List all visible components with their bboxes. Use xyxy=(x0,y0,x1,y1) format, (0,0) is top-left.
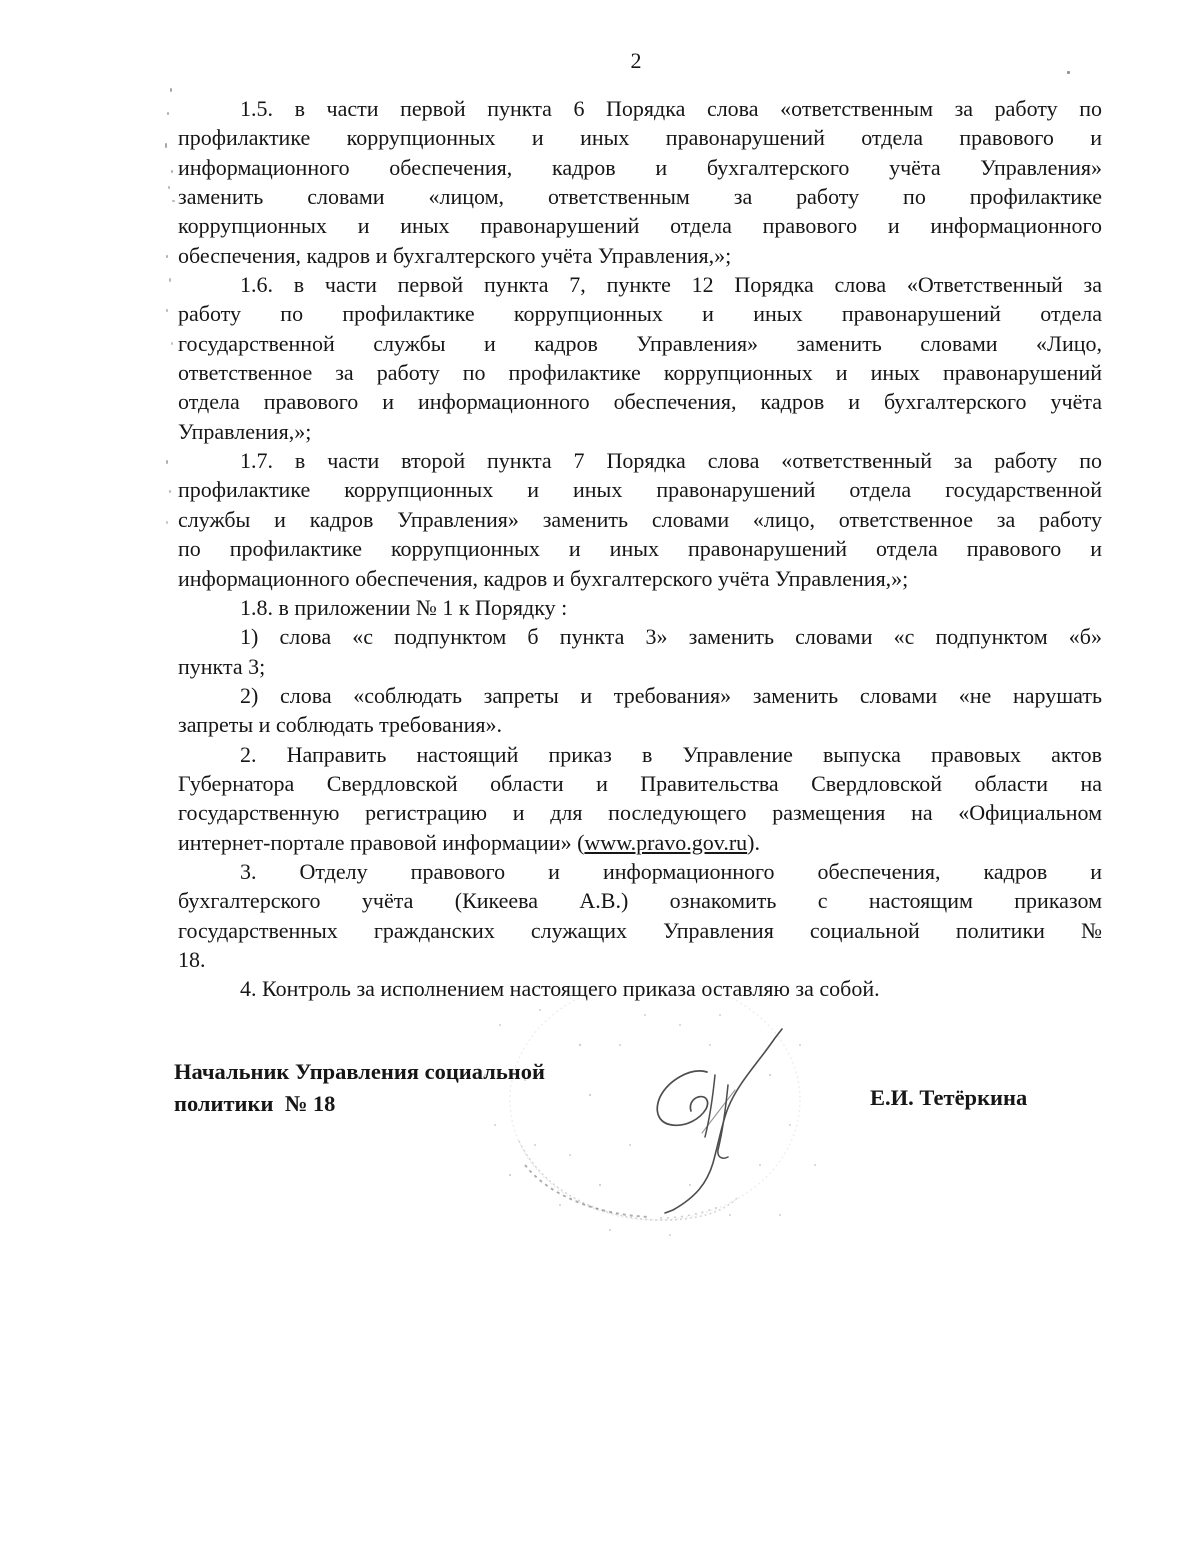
signature-position-line1: Начальник Управления социальной xyxy=(174,1056,694,1088)
text-line: 2) слова «соблюдать запреты и требования… xyxy=(178,681,1102,710)
paragraph: 2. Направить настоящий приказ в Управлен… xyxy=(178,740,1102,857)
text-line: 1.6. в части первой пункта 7, пункте 12 … xyxy=(178,270,1102,299)
paragraph: 1.6. в части первой пункта 7, пункте 12 … xyxy=(178,270,1102,446)
text-line: работу по профилактике коррупционных и и… xyxy=(178,299,1102,328)
text-line: 2. Направить настоящий приказ в Управлен… xyxy=(178,740,1102,769)
text-line: информационного обеспечения, кадров и бу… xyxy=(178,153,1102,182)
page-number: 2 xyxy=(336,48,936,74)
text-line: пункта 3; xyxy=(178,652,1102,681)
text-line: 1.8. в приложении № 1 к Порядку : xyxy=(178,593,1102,622)
document-body: 1.5. в части первой пункта 6 Порядка сло… xyxy=(178,94,1102,1004)
text-line: государственных гражданских служащих Упр… xyxy=(178,916,1102,945)
paragraph: 1.8. в приложении № 1 к Порядку : xyxy=(178,593,1102,622)
text-line: 3. Отделу правового и информационного об… xyxy=(178,857,1102,886)
text-line: отдела правового и информационного обесп… xyxy=(178,387,1102,416)
text-line: Управления,»; xyxy=(178,417,1102,446)
paragraph: 3. Отделу правового и информационного об… xyxy=(178,857,1102,974)
text-line: обеспечения, кадров и бухгалтерского учё… xyxy=(178,241,1102,270)
text-line: 1.7. в части второй пункта 7 Порядка сло… xyxy=(178,446,1102,475)
signature-position-title: Начальник Управления социальной политики… xyxy=(174,1056,694,1120)
url-text: www.pravo.gov.ru xyxy=(584,830,747,855)
stamp-and-signature xyxy=(470,985,850,1255)
paragraph: 1.5. в части первой пункта 6 Порядка сло… xyxy=(178,94,1102,270)
text-line: ответственное за работу по профилактике … xyxy=(178,358,1102,387)
paragraph: 2) слова «соблюдать запреты и требования… xyxy=(178,681,1102,740)
text-line: интернет-портале правовой информации» (w… xyxy=(178,828,1102,857)
text-line: заменить словами «лицом, ответственным з… xyxy=(178,182,1102,211)
text-run: ). xyxy=(747,830,760,855)
signer-name: Е.И. Тетёркина xyxy=(870,1085,1027,1111)
text-line: 18. xyxy=(178,945,1102,974)
text-line: профилактике коррупционных и иных правон… xyxy=(178,123,1102,152)
text-line: информационного обеспечения, кадров и бу… xyxy=(178,564,1102,593)
text-line: службы и кадров Управления» заменить сло… xyxy=(178,505,1102,534)
text-line: государственной службы и кадров Управлен… xyxy=(178,329,1102,358)
document-page: 2 1.5. в части первой пункта 6 Порядка с… xyxy=(0,0,1200,1553)
text-line: профилактике коррупционных и иных правон… xyxy=(178,475,1102,504)
text-line: Губернатора Свердловской области и Прави… xyxy=(178,769,1102,798)
signature-position-line2: политики № 18 xyxy=(174,1088,694,1120)
text-line: бухгалтерского учёта (Кикеева А.В.) озна… xyxy=(178,886,1102,915)
text-line: запреты и соблюдать требования». xyxy=(178,710,1102,739)
paragraph: 1.7. в части второй пункта 7 Порядка сло… xyxy=(178,446,1102,593)
text-line: 1.5. в части первой пункта 6 Порядка сло… xyxy=(178,94,1102,123)
text-line: 1) слова «с подпунктом б пункта 3» замен… xyxy=(178,622,1102,651)
text-line: государственную регистрацию и для послед… xyxy=(178,798,1102,827)
text-line: коррупционных и иных правонарушений отде… xyxy=(178,211,1102,240)
paragraph: 1) слова «с подпунктом б пункта 3» замен… xyxy=(178,622,1102,681)
text-line: по профилактике коррупционных и иных пра… xyxy=(178,534,1102,563)
text-run: интернет-портале правовой информации» ( xyxy=(178,830,584,855)
